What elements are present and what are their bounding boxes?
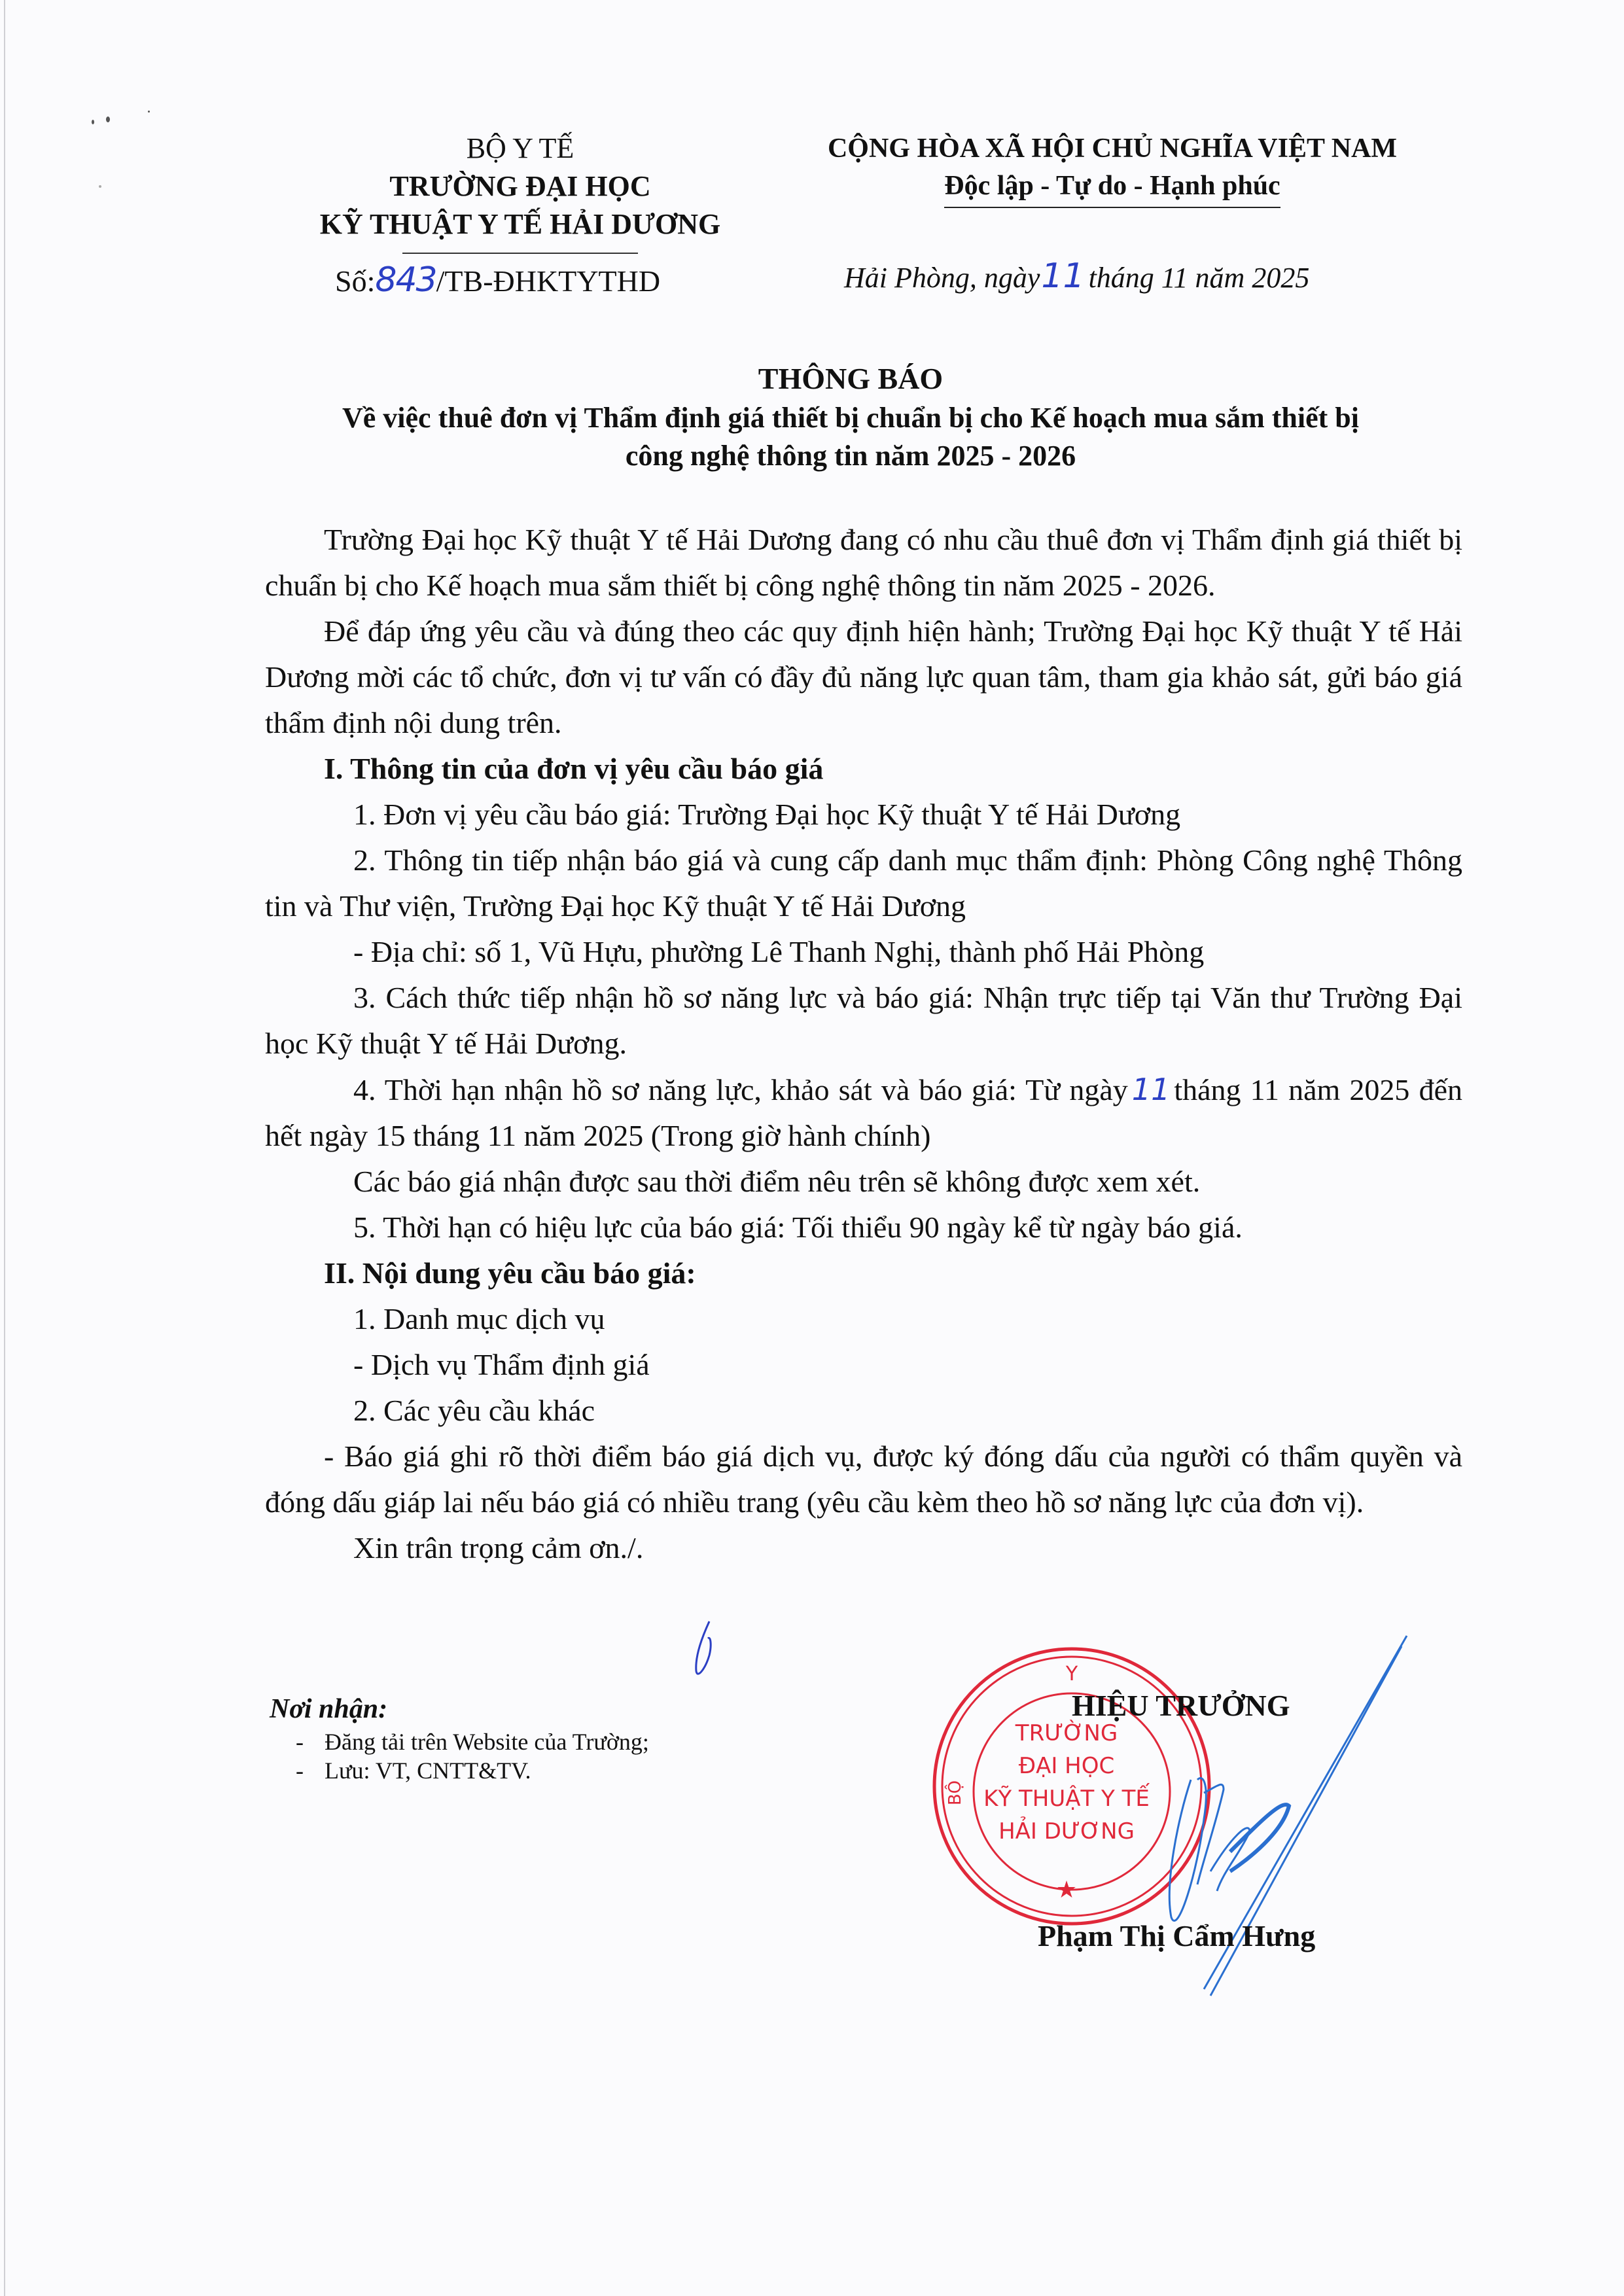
svg-text:★: ★ [1056, 1877, 1077, 1903]
section2-heading: II. Nội dung yêu cầu báo giá: [265, 1250, 1462, 1296]
notice-subject-line2: công nghệ thông tin năm 2025 - 2026 [229, 437, 1472, 475]
recipients-label: Nơi nhận: [270, 1691, 649, 1727]
doc-number-handwritten: 843 [375, 260, 436, 300]
section1-item2: 2. Thông tin tiếp nhận báo giá và cung c… [265, 838, 1462, 929]
section1-item4: 4. Thời hạn nhận hồ sơ năng lực, khảo sá… [265, 1067, 1462, 1159]
section1-address: - Địa chỉ: số 1, Vũ Hựu, phường Lê Thanh… [265, 929, 1462, 975]
stamp-top-text: Y [1065, 1663, 1078, 1686]
stamp-line1: TRƯỜNG [1015, 1720, 1118, 1746]
stamp-line4: HẢI DƯƠNG [998, 1816, 1135, 1845]
closing-line: Xin trân trọng cảm ơn./. [265, 1525, 1462, 1571]
notice-subject-line1: Về việc thuê đơn vị Thẩm định giá thiết … [229, 399, 1472, 437]
scan-edge [4, 0, 5, 2296]
section2-item1: 1. Danh mục dịch vụ [265, 1296, 1462, 1342]
place-date: Hải Phòng, ngày11tháng 11 năm 2025 [844, 256, 1309, 296]
issuing-authority: BỘ Y TẾ TRƯỜNG ĐẠI HỌC KỸ THUẬT Y TẾ HẢI… [275, 130, 766, 254]
national-motto: Độc lập - Tự do - Hạnh phúc [944, 168, 1280, 208]
recipients-list: Đăng tải trên Website của Trường; Lưu: V… [270, 1727, 649, 1785]
invite-paragraph: Để đáp ứng yêu cầu và đúng theo các quy … [265, 609, 1462, 746]
ministry-name: BỘ Y TẾ [275, 130, 766, 168]
nation-name: CỘNG HÒA XÃ HỘI CHỦ NGHĨA VIỆT NAM [798, 130, 1426, 168]
late-submission-note: Các báo giá nhận được sau thời điểm nêu … [265, 1159, 1462, 1205]
document-number: Số:843/TB-ĐHKTYTHD [335, 260, 660, 300]
stamp-left-text: BỘ [944, 1780, 965, 1805]
notice-title: THÔNG BÁO [229, 359, 1472, 399]
section1-heading: I. Thông tin của đơn vị yêu cầu báo giá [265, 746, 1462, 792]
notice-body: Trường Đại học Kỹ thuật Y tế Hải Dương đ… [265, 517, 1462, 1571]
stamp-line2: ĐẠI HỌC [1019, 1753, 1115, 1779]
stamp-line3: KỸ THUẬT Y TẾ [983, 1783, 1150, 1812]
section1-item3: 3. Cách thức tiếp nhận hồ sơ năng lực và… [265, 975, 1462, 1067]
place-date-suffix: tháng 11 năm 2025 [1089, 262, 1310, 294]
section2-item2: 2. Các yêu cầu khác [265, 1388, 1462, 1434]
section2-item2-detail: - Báo giá ghi rõ thời điểm báo giá dịch … [265, 1434, 1462, 1525]
header-rule [402, 253, 638, 254]
signer-name: Phạm Thị Cẩm Hưng [1038, 1918, 1315, 1953]
national-heading: CỘNG HÒA XÃ HỘI CHỦ NGHĨA VIỆT NAM Độc l… [798, 130, 1426, 208]
recipient-item: Đăng tải trên Website của Trường; [296, 1727, 649, 1756]
scan-speck [106, 116, 110, 122]
notice-title-block: THÔNG BÁO Về việc thuê đơn vị Thẩm định … [229, 359, 1472, 475]
date-day-handwritten: 11 [1041, 256, 1084, 296]
recipient-item: Lưu: VT, CNTT&TV. [296, 1756, 649, 1785]
section1-item1: 1. Đơn vị yêu cầu báo giá: Trường Đại họ… [265, 792, 1462, 838]
org-name-line2: KỸ THUẬT Y TẾ HẢI DƯƠNG [275, 205, 766, 243]
section2-item1-detail: - Dịch vụ Thẩm định giá [265, 1342, 1462, 1388]
signature-icon [1132, 1623, 1498, 2015]
doc-number-prefix: Số: [335, 264, 375, 298]
scan-speck [148, 111, 150, 113]
place-date-prefix: Hải Phòng, ngày [844, 262, 1040, 294]
recipients-block: Nơi nhận: Đăng tải trên Website của Trườ… [270, 1691, 649, 1785]
initial-mark-icon [683, 1616, 722, 1682]
item4-prefix: 4. Thời hạn nhận hồ sơ năng lực, khảo sá… [353, 1073, 1128, 1106]
scan-speck [92, 120, 94, 124]
item4-day-handwritten: 11 [1132, 1072, 1171, 1107]
intro-paragraph: Trường Đại học Kỹ thuật Y tế Hải Dương đ… [265, 517, 1462, 609]
doc-number-suffix: /TB-ĐHKTYTHD [436, 264, 660, 298]
org-name-line1: TRƯỜNG ĐẠI HỌC [275, 168, 766, 205]
section1-item5: 5. Thời hạn có hiệu lực của báo giá: Tối… [265, 1205, 1462, 1250]
scan-speck [99, 185, 101, 188]
